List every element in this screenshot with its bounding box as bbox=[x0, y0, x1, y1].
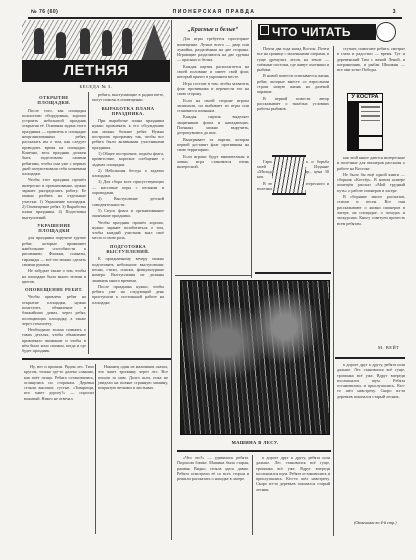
column-divider bbox=[95, 364, 96, 534]
book-cover-u-kostra: У КОСТРА bbox=[347, 93, 383, 151]
reading-column-2: как этой книге даются интересные и полез… bbox=[337, 155, 405, 370]
section-heading: ОПОВЕЩЕНИЕ РЕБЯТ. bbox=[22, 287, 86, 292]
summer-column-1: ОТКРЫТИЕ ПЛОЩАДКИ. После того, как площа… bbox=[22, 92, 86, 347]
newspaper-page: № 76 (60) ПИОНЕРСКАЯ ПРАВДА 3 ЛЕТНЯЯ ПЛО… bbox=[0, 0, 416, 560]
paragraph: как этой книге даются интересные и полез… bbox=[337, 155, 405, 171]
story-column-2: Наконец один из мальчиков сказал, что зн… bbox=[98, 364, 168, 534]
paragraph: После того, как площадка полностью обору… bbox=[22, 108, 86, 177]
paragraph: Чтобы этот праздник прошёл интересно и о… bbox=[22, 177, 86, 219]
paragraph: Игра состоит в том, чтобы захватить флаг… bbox=[177, 81, 249, 97]
paragraph: ребята, выступающие в радиогазете, могут… bbox=[92, 92, 164, 103]
paragraph: После праздника нужно, чтобы ребята уже … bbox=[92, 284, 164, 305]
column-divider bbox=[252, 455, 253, 535]
section-rule bbox=[255, 272, 331, 274]
series-label: БЕСЕДА № 3. bbox=[22, 84, 170, 89]
paragraph: К праздничному вечеру можно подготовить … bbox=[92, 256, 164, 282]
story-column-4: к дороге друг к другу, ребята шли дальше… bbox=[256, 455, 330, 535]
paragraph: Чтобы праздник прошёл хорошо, нужно зара… bbox=[92, 220, 164, 241]
list-item: 5) Спуск флага и организованное окончани… bbox=[92, 208, 164, 219]
photo-caption: МАШИНА В ЛЕСУ. bbox=[180, 440, 330, 445]
list-item: 3) Для сбора всех присутствующих — массо… bbox=[92, 179, 164, 195]
reader-face-icon bbox=[376, 22, 396, 42]
paragraph: Необходимо только помнить о таких деталя… bbox=[22, 327, 86, 353]
summer-column-2: ребята, выступающие в радиогазете, могут… bbox=[92, 92, 164, 354]
list-item: 1) Общее построение, подъём флага, приве… bbox=[92, 151, 164, 167]
paragraph: Не забудьте также о том, чтобы на площад… bbox=[22, 268, 86, 284]
paragraph: Каждая партия располагается на своей пол… bbox=[177, 64, 249, 80]
paragraph: При выработке плана праздника нужно прив… bbox=[92, 118, 164, 150]
child-figure-icon bbox=[102, 30, 112, 56]
cover-text-block bbox=[359, 103, 382, 135]
paragraph: Не было бы ещё одной книги — сборник «Ко… bbox=[337, 172, 405, 193]
paragraph: Ну, вот и пришли. Рядом лес. Тихо кругом… bbox=[24, 364, 94, 401]
column-divider bbox=[171, 20, 172, 540]
paragraph: к дороге друг к другу, ребята шли дальше… bbox=[256, 455, 330, 492]
paragraph: В первой повести автор рассказывает о тя… bbox=[257, 96, 329, 112]
banner-title: ЛЕТНЯЯ ПЛОЩАДКА bbox=[22, 60, 170, 82]
list-item: 4) Выступление детской самодеятельности. bbox=[92, 196, 164, 207]
section-rule bbox=[177, 450, 331, 452]
summer-playground-banner: ЛЕТНЯЯ ПЛОЩАДКА БЕСЕДА № 3. bbox=[22, 20, 170, 90]
section-rule bbox=[175, 275, 251, 276]
book-icon bbox=[260, 25, 269, 35]
paragraph: Если на своей стороне игрока запятнали, … bbox=[177, 98, 249, 114]
reading-column-2-top: ступает, помогают ребята, смотрят в глаз… bbox=[337, 46, 405, 90]
paragraph: Выигрывает та партия, которая первой дос… bbox=[177, 137, 249, 153]
book-illustration-space bbox=[257, 113, 329, 159]
section-heading: ВЫРАБОТКА ПЛАНА ПРАЗДНИКА. bbox=[92, 106, 164, 117]
paragraph: Для игры требуется просторное помещение.… bbox=[177, 36, 249, 62]
forest-machine-photo bbox=[180, 280, 330, 435]
banner-title: ЧТО ЧИТАТЬ bbox=[258, 24, 376, 40]
child-figure-icon bbox=[34, 28, 44, 54]
what-to-read-banner: ЧТО ЧИТАТЬ bbox=[258, 22, 396, 42]
child-figure-icon bbox=[80, 28, 90, 54]
paragraph: Чтобы привлечь ребят на открытие площадк… bbox=[22, 294, 86, 326]
game-article: „Красные и белые“ Для игры требуется про… bbox=[177, 22, 249, 272]
paragraph: В сборнике много рассказов, стихов и пес… bbox=[337, 194, 405, 226]
cover-title: У КОСТРА bbox=[348, 94, 382, 101]
column-divider bbox=[251, 20, 252, 278]
paragraph: Если игроки будут внимательны и ловки, и… bbox=[177, 154, 249, 170]
paragraph: В новой повести описывается жизнь ребят,… bbox=[257, 73, 329, 94]
paragraph: «Что это?» — удивились ребята. Подошли б… bbox=[177, 455, 249, 481]
maypole-icon bbox=[140, 24, 168, 64]
column-divider bbox=[88, 92, 89, 354]
paragraph: для праздника поручите группе ребят, кот… bbox=[22, 235, 86, 267]
cover-footer bbox=[359, 137, 382, 149]
paragraph: Почти два года назад Восток. Почти все н… bbox=[257, 46, 329, 72]
paragraph: Наконец один из мальчиков сказал, что зн… bbox=[98, 364, 168, 390]
paragraph: Каждая партия выделяет защитников флага … bbox=[177, 114, 249, 135]
story-column-5: к дороге друг к другу, ребята шли дальше… bbox=[337, 362, 405, 512]
newspaper-title: ПИОНЕРСКАЯ ПРАВДА bbox=[28, 9, 400, 15]
paragraph: ступает, помогают ребята, смотрят в глаз… bbox=[337, 46, 405, 72]
section-rule bbox=[335, 357, 405, 359]
section-heading: ПОДГОТОВКА ВЫСТУПЛЕНИЙ. bbox=[92, 244, 164, 255]
continued-note: (Окончание во 4-й стр.) bbox=[354, 520, 397, 525]
section-heading: УКРАШЕНИЕ ПЛОЩАДКИ bbox=[22, 223, 86, 234]
paragraph: к дороге друг к другу, ребята шли дальше… bbox=[337, 362, 405, 399]
section-rule bbox=[22, 358, 172, 360]
page-number: 3 bbox=[393, 9, 396, 15]
story-column-1: Ну, вот и пришли. Рядом лес. Тихо кругом… bbox=[24, 364, 94, 534]
game-title: „Красные и белые“ bbox=[177, 28, 249, 33]
child-figure-icon bbox=[122, 28, 132, 54]
list-item: 2) Небольшая беседа о задачах площадки. bbox=[92, 168, 164, 179]
column-divider bbox=[333, 46, 334, 536]
book-illustration bbox=[272, 155, 306, 195]
section-heading: ОТКРЫТИЕ ПЛОЩАДКИ. bbox=[22, 95, 86, 106]
author-signature: М. ВЕЙТ bbox=[378, 345, 400, 350]
story-column-3: «Что это?» — удивились ребята. Подошли б… bbox=[177, 455, 249, 535]
child-figure-icon bbox=[56, 32, 66, 58]
masthead-rule bbox=[28, 17, 402, 19]
